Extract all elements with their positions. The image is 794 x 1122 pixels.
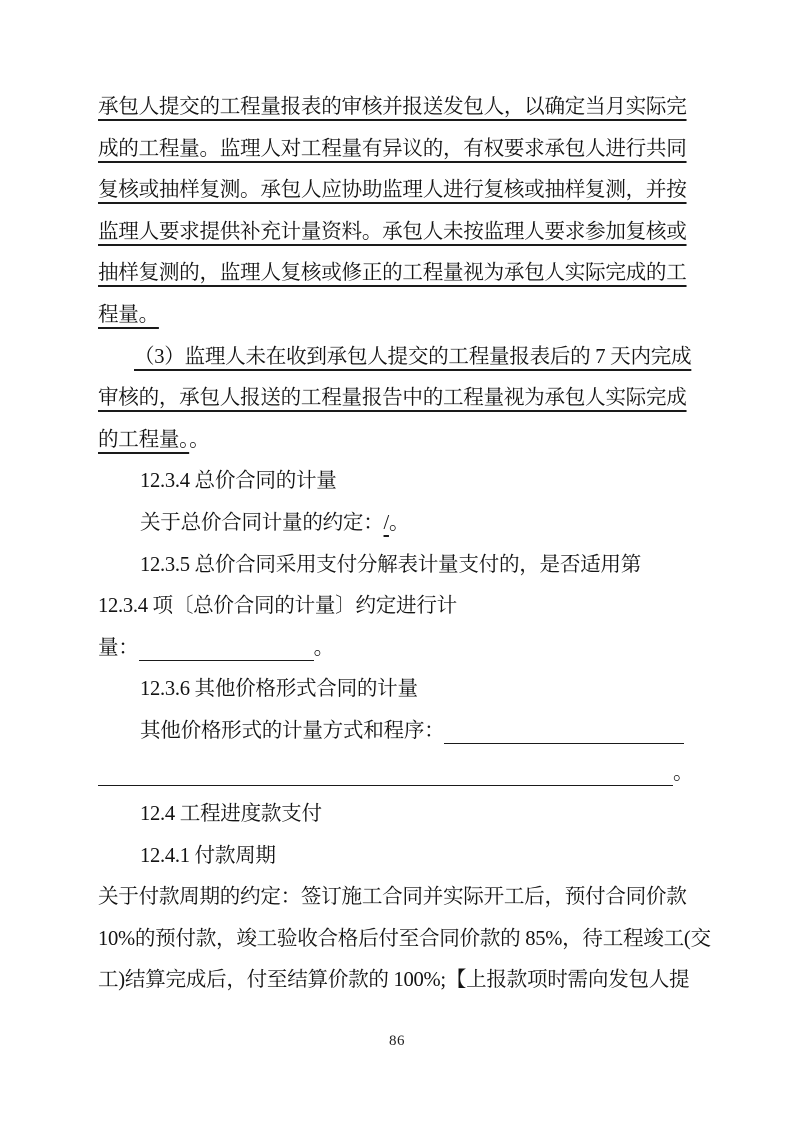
text-run: 12.4.1 付款周期 <box>140 845 276 867</box>
text-line: 10%的预付款，竣工验收合格后付至合同价款的 85%，待工程竣工(交 <box>98 919 700 961</box>
text-line: （3）监理人未在收到承包人提交的工程量报表后的 7 天内完成 <box>98 337 700 379</box>
text-line: 的工程量。。 <box>98 420 700 462</box>
text-run: 12.3.4 总价合同的计量 <box>140 470 337 492</box>
text-line: 关于付款周期的约定：签订施工合同并实际开工后，预付合同价款 <box>98 877 700 919</box>
text-line: 复核或抽样复测。承包人应协助监理人进行复核或抽样复测，并按 <box>98 170 700 212</box>
text-line: 承包人提交的工程量报表的审核并报送发包人，以确定当月实际完 <box>98 87 700 129</box>
underlined-text: 复核或抽样复测。承包人应协助监理人进行复核或抽样复测，并按 <box>98 179 687 201</box>
underlined-text: 程量。 <box>98 304 159 326</box>
text-line: 12.3.5 总价合同采用支付分解表计量支付的，是否适用第 <box>98 545 700 587</box>
text-run: 。 <box>314 637 334 659</box>
underlined-text: 承包人提交的工程量报表的审核并报送发包人，以确定当月实际完 <box>98 96 687 118</box>
text-run: 。 <box>673 762 693 784</box>
text-line: 12.4 工程进度款支付 <box>98 794 700 836</box>
text-run: 其他价格形式的计量方式和程序： <box>140 720 444 742</box>
text-line: 12.3.6 其他价格形式合同的计量 <box>98 669 700 711</box>
document-page: 承包人提交的工程量报表的审核并报送发包人，以确定当月实际完成的工程量。监理人对工… <box>0 0 794 1122</box>
blank-underline-field <box>139 660 314 661</box>
blank-underline-field <box>98 785 673 786</box>
text-run: 关于总价合同计量的约定： <box>140 512 384 534</box>
text-line: 关于总价合同计量的约定：/。 <box>98 503 700 545</box>
text-line: 其他价格形式的计量方式和程序： <box>98 711 700 753</box>
text-line: 量：。 <box>98 628 700 670</box>
text-line: 程量。 <box>98 295 700 337</box>
text-run: 关于付款周期的约定：签订施工合同并实际开工后，预付合同价款 <box>98 886 687 908</box>
text-run: 12.3.5 总价合同采用支付分解表计量支付的，是否适用第 <box>140 554 641 576</box>
text-line: 抽样复测的，监理人复核或修正的工程量视为承包人实际完成的工 <box>98 253 700 295</box>
text-run: 工)结算完成后，付至结算价款的 100%;【上报款项时需向发包人提 <box>98 969 689 991</box>
text-line: 12.4.1 付款周期 <box>98 836 700 878</box>
text-run: 12.3.4 项〔总价合同的计量〕约定进行计 <box>98 595 457 617</box>
underlined-text: 的工程量。 <box>98 429 189 451</box>
blank-underline-field <box>444 743 684 744</box>
text-line: 监理人要求提供补充计量资料。承包人未按监理人要求参加复核或 <box>98 212 700 254</box>
text-run: 12.4 工程进度款支付 <box>140 803 322 825</box>
text-run: 。 <box>389 512 409 534</box>
underlined-text: 监理人要求提供补充计量资料。承包人未按监理人要求参加复核或 <box>98 221 687 243</box>
text-line: 审核的，承包人报送的工程量报告中的工程量视为承包人实际完成 <box>98 378 700 420</box>
page-number: 86 <box>0 1033 794 1050</box>
text-run: 10%的预付款，竣工验收合格后付至合同价款的 85%，待工程竣工(交 <box>98 928 711 950</box>
text-line: 。 <box>98 753 700 795</box>
underlined-text: 成的工程量。监理人对工程量有异议的，有权要求承包人进行共同 <box>98 138 687 160</box>
text-run: 。 <box>189 429 209 451</box>
underlined-text: 抽样复测的，监理人复核或修正的工程量视为承包人实际完成的工 <box>98 262 687 284</box>
text-run: 12.3.6 其他价格形式合同的计量 <box>140 678 418 700</box>
text-line: 工)结算完成后，付至结算价款的 100%;【上报款项时需向发包人提 <box>98 960 700 1002</box>
text-line: 成的工程量。监理人对工程量有异议的，有权要求承包人进行共同 <box>98 129 700 171</box>
underlined-text: （3）监理人未在收到承包人提交的工程量报表后的 7 天内完成 <box>134 346 691 368</box>
text-line: 12.3.4 总价合同的计量 <box>98 461 700 503</box>
text-run: 量： <box>98 637 139 659</box>
text-line: 12.3.4 项〔总价合同的计量〕约定进行计 <box>98 586 700 628</box>
underlined-text: 审核的，承包人报送的工程量报告中的工程量视为承包人实际完成 <box>98 387 687 409</box>
document-body: 承包人提交的工程量报表的审核并报送发包人，以确定当月实际完成的工程量。监理人对工… <box>98 87 700 1002</box>
